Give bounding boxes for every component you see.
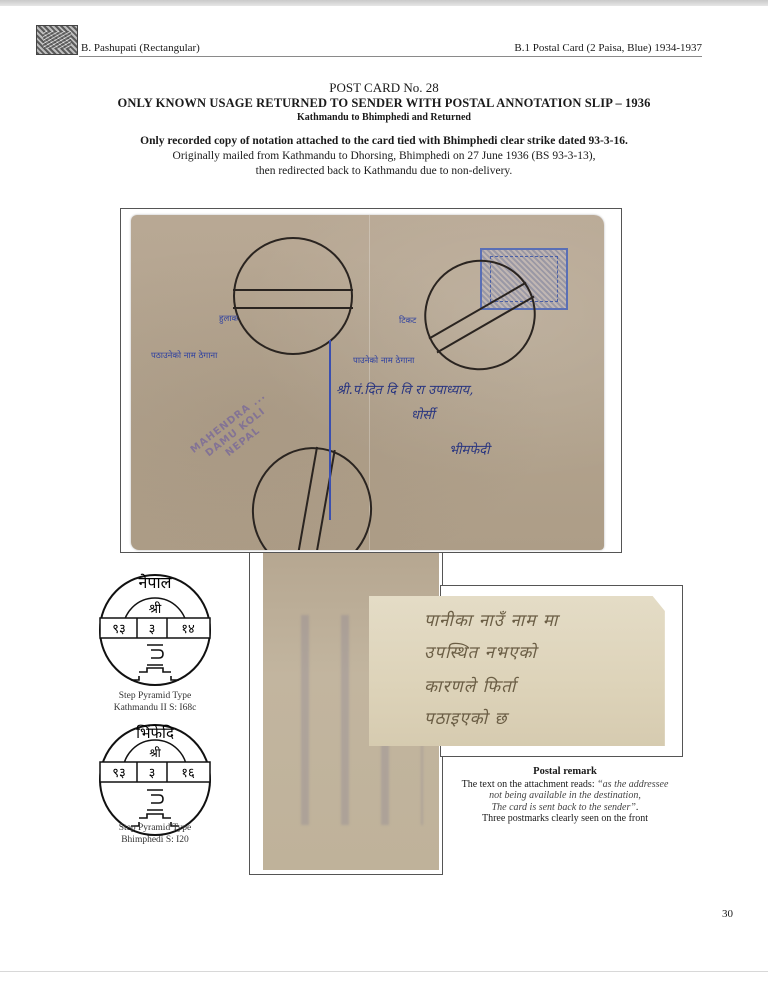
postmark-bhimphedi	[242, 438, 382, 550]
remark-quote: not being available in the destination,	[489, 790, 641, 801]
postmark-caption: Step Pyramid Type Bhimphedi S: I20	[60, 822, 250, 846]
remark-text: The text on the attachment reads:	[462, 779, 598, 790]
description: Only recorded copy of notation attached …	[0, 134, 768, 179]
svg-text:१४: १४	[181, 622, 195, 637]
top-edge	[0, 0, 768, 6]
postmark-kathmandu	[233, 237, 353, 355]
printed-label: टिकट	[399, 315, 416, 326]
sender-label: पठाउनेको नाम ठेगाना	[151, 350, 217, 361]
description-line: then redirected back to Kathmandu due to…	[0, 164, 768, 179]
slip-text: पठाइएको छ	[424, 706, 507, 729]
svg-text:नेपाल: नेपाल	[139, 573, 173, 592]
svg-text:भिंफेदि: भिंफेदि	[136, 724, 175, 742]
slip-text: पानीका नाउँ नाम मा	[424, 608, 558, 631]
postcard-number: POST CARD No. 28	[0, 80, 768, 96]
handwritten-address: धोर्सी	[411, 405, 435, 423]
svg-text:१६: १६	[181, 766, 195, 781]
route-subtitle: Kathmandu to Bhimphedi and Returned	[0, 111, 768, 125]
remark-quote: The card is sent back to the sender”	[492, 802, 636, 813]
description-line: Originally mailed from Kathmandu to Dhor…	[0, 149, 768, 164]
chapter-title: B.1 Postal Card (2 Paisa, Blue) 1934-193…	[514, 42, 702, 54]
page-headline: ONLY KNOWN USAGE RETURNED TO SENDER WITH…	[0, 96, 768, 111]
receiver-label: पाउनेको नाम ठेगाना	[353, 355, 414, 366]
svg-text:श्री: श्री	[149, 746, 161, 760]
postmark-diagram-kathmandu: नेपाल श्री ९३ ३ १४	[95, 570, 215, 690]
svg-text:श्री: श्री	[149, 601, 162, 617]
annotation-slip: पानीका नाउँ नाम मा उपस्थित नभएको कारणले …	[369, 596, 674, 746]
remark-heading: Postal remark	[440, 766, 690, 778]
svg-text:९३: ९३	[112, 766, 126, 781]
pashupati-emblem-icon	[36, 25, 78, 55]
page-number: 30	[722, 908, 733, 920]
svg-text:३: ३	[149, 766, 156, 781]
slip-text: कारणले फिर्ता	[424, 674, 516, 697]
description-bold: Only recorded copy of notation attached …	[140, 135, 628, 147]
page-titles: POST CARD No. 28 ONLY KNOWN USAGE RETURN…	[0, 80, 768, 125]
slip-text: उपस्थित नभएको	[424, 640, 537, 663]
handwritten-address: भीमफेदी	[449, 440, 490, 458]
header-rule	[79, 56, 702, 57]
remark-text: Three postmarks clearly seen on the fron…	[440, 813, 690, 825]
postmark-caption: Step Pyramid Type Kathmandu II S: I68c	[60, 690, 250, 714]
remark-quote: “as the addressee	[597, 779, 668, 790]
handwritten-address: श्री.पं.दित दि वि रा उपाध्याय,	[336, 380, 473, 398]
printed-label: हुलाक	[219, 313, 238, 324]
svg-text:३: ३	[149, 622, 156, 637]
section-title: B. Pashupati (Rectangular)	[81, 42, 200, 54]
postal-remark: Postal remark The text on the attachment…	[440, 766, 690, 825]
svg-text:९३: ९३	[112, 622, 126, 637]
divider-line	[329, 340, 331, 520]
bottom-edge	[0, 971, 768, 972]
postcard-image: हुलाक टिकट पठाउनेको नाम ठेगाना पाउनेको न…	[131, 215, 604, 550]
